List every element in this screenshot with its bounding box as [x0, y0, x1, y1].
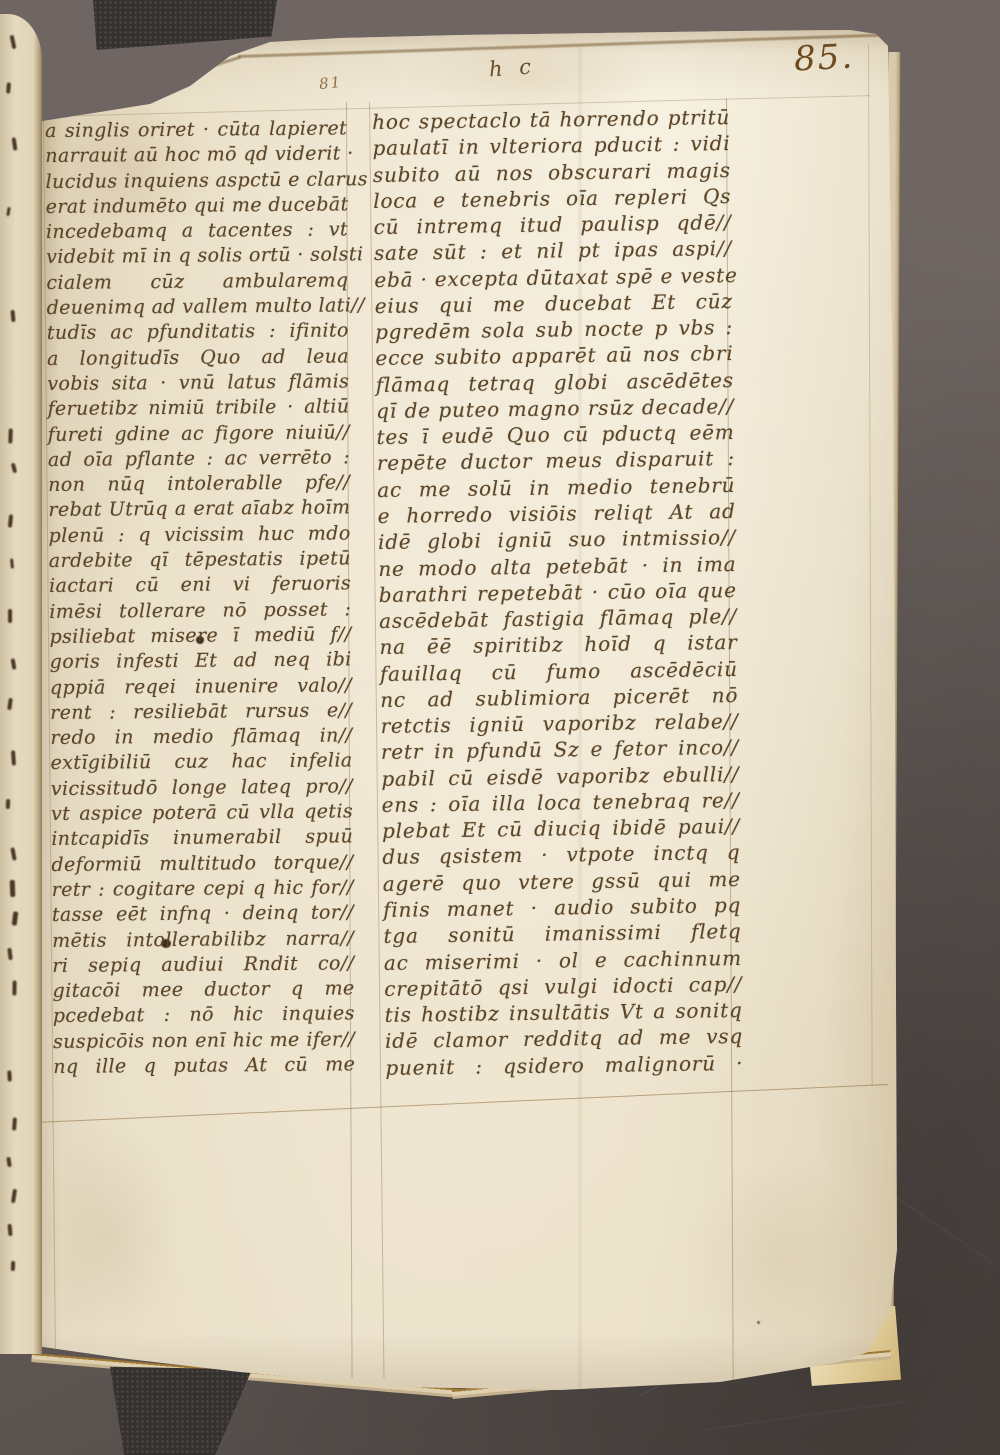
- manuscript-line: incedebamq a tacentes : vt: [46, 219, 348, 247]
- previous-leaf-edge: [0, 14, 42, 1354]
- manuscript-line: rent : resiliebāt rursus e//: [50, 699, 352, 727]
- manuscript-line: ri sepiq audiui Rndit co//: [52, 952, 354, 980]
- manuscript-line: suspicōis non enī hic me ifer//: [53, 1028, 355, 1056]
- manuscript-line: non nūq intolerablle pfe//: [48, 472, 350, 500]
- manuscript-line: narrauit aū hoc mō qd viderit ·: [45, 143, 347, 171]
- manuscript-line: rebat Utrūq a erat aīabz hoīm: [48, 497, 350, 525]
- manuscript-page-photo: 85. h c 81 a singlis oriret · cūta lapie…: [0, 0, 1000, 1455]
- ink-blot: [757, 1321, 760, 1324]
- manuscript-line: gitacōi mee ductor q me: [53, 977, 355, 1005]
- manuscript-line: puenit : qsidero malignorū ·: [385, 1050, 743, 1081]
- book-support-foam-top: [93, 0, 277, 52]
- manuscript-line: deformiū multitudo torque//: [51, 851, 353, 879]
- manuscript-line: psiliebat misere ī mediū f//: [49, 623, 351, 651]
- text-column-right: hoc spectaclo tā horrendo ptritūpaulatī …: [372, 105, 744, 1082]
- manuscript-line: vicissitudō longe lateq pro//: [51, 775, 353, 803]
- manuscript-line: ad oīa pflante : ac verrēto :: [48, 446, 350, 474]
- manuscript-line: erat indumēto qui me ducebāt: [46, 193, 348, 221]
- manuscript-line: redo in medio flāmaq in//: [50, 724, 352, 752]
- manuscript-line: intcapidīs inumerabil spuū: [51, 826, 353, 854]
- manuscript-line: a singlis oriret · cūta lapieret: [45, 117, 347, 145]
- book-support-foam-bottom: [110, 1364, 252, 1455]
- manuscript-line: mētis intollerabilibz narra//: [52, 927, 354, 955]
- parchment-page: 85. h c 81 a singlis oriret · cūta lapie…: [30, 28, 899, 1392]
- manuscript-line: feruetibz nimiū tribile · altiū: [47, 396, 349, 424]
- manuscript-line: deuenimq ad vallem multo lati//: [47, 294, 349, 322]
- manuscript-line: nq ille q putas At cū me: [53, 1053, 355, 1081]
- manuscript-line: lucidus inquiens aspctū e clarus: [45, 168, 347, 196]
- manuscript-line: goris infesti Et ad neq ibi: [50, 649, 352, 677]
- folio-number: 85.: [793, 36, 855, 79]
- manuscript-line: plenū : q vicissim huc mdo: [49, 522, 351, 550]
- leaf-number: 81: [318, 73, 343, 93]
- manuscript-line: ardebite qī tēpestatis ipetū: [49, 547, 351, 575]
- background-scratch: [700, 1401, 908, 1431]
- manuscript-line: pcedebat : nō hic inquies: [53, 1003, 355, 1031]
- manuscript-line: qppiā reqei inuenire valo//: [50, 674, 352, 702]
- manuscript-line: tudīs ac pfunditatis : ifinito: [47, 320, 349, 348]
- manuscript-line: vt aspice poterā cū vlla qetis: [51, 800, 353, 828]
- manuscript-line: retr : cogitare cepi q hic for//: [52, 876, 354, 904]
- manuscript-line: imēsi tollerare nō posset :: [49, 598, 351, 626]
- manuscript-line: a longitudīs Quo ad leua: [47, 345, 349, 373]
- manuscript-line: iactari cū eni vi feruoris: [49, 573, 351, 601]
- parchment-stain: [680, 1158, 880, 1358]
- text-column-left: a singlis oriret · cūta lapieretnarrauit…: [45, 117, 355, 1081]
- quire-mark: h c: [488, 55, 532, 82]
- manuscript-line: vobis sita · vnū latus flāmis: [47, 370, 349, 398]
- manuscript-line: cialem cūz ambularemq: [46, 269, 348, 297]
- manuscript-line: fureti gdine ac figore niuiū//: [48, 421, 350, 449]
- manuscript-line: tasse eēt infnq · deinq tor//: [52, 902, 354, 930]
- manuscript-line: extīgibiliū cuz hac infelia: [51, 750, 353, 778]
- manuscript-line: videbit mī in q solis ortū · solsti: [46, 244, 348, 272]
